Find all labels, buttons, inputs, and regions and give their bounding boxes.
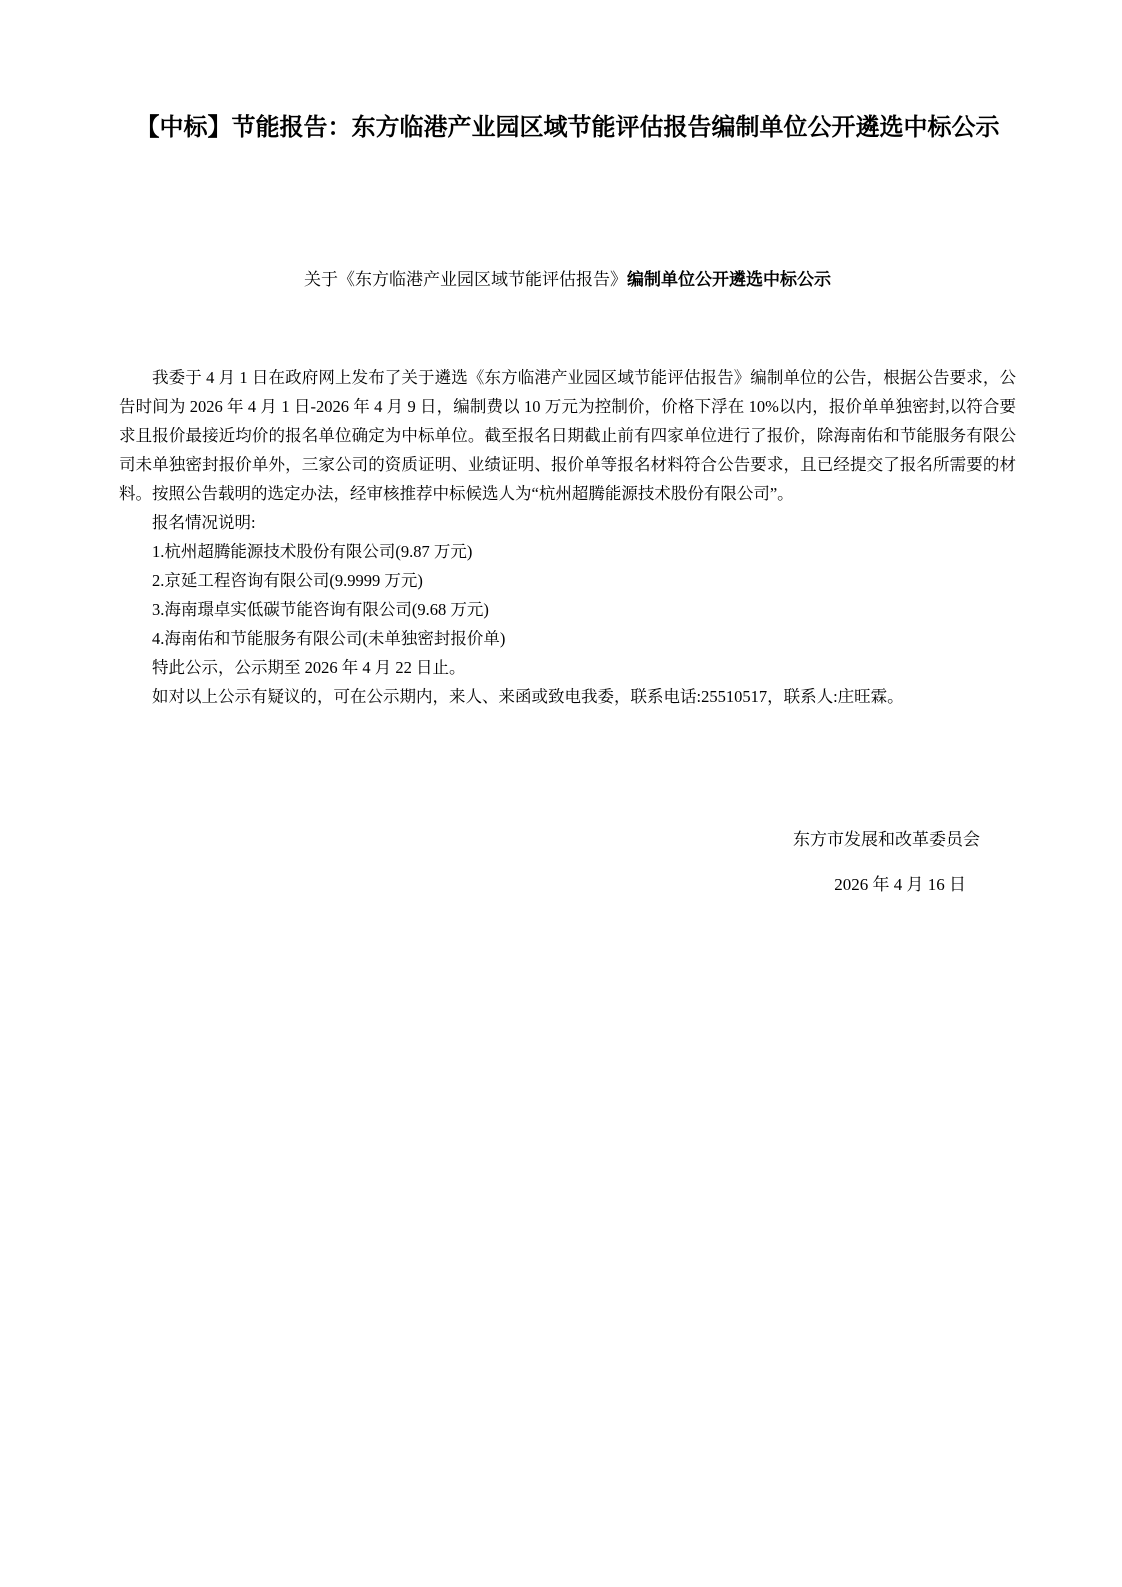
publicity-period-line: 特此公示，公示期至 2026 年 4 月 22 日止。 [119,653,1016,682]
registration-note-heading: 报名情况说明: [119,508,1016,537]
subtitle-prefix: 关于《东方临港产业园区域节能评估报告》 [304,270,627,289]
document-page: 【中标】节能报告：东方临港产业园区域节能评估报告编制单位公开遴选中标公示 关于《… [0,0,1122,1587]
document-body: 我委于 4 月 1 日在政府网上发布了关于遴选《东方临港产业园区域节能评估报告》… [119,363,1016,711]
document-subtitle: 关于《东方临港产业园区域节能评估报告》编制单位公开遴选中标公示 [119,268,1016,292]
bidder-item-4: 4.海南佑和节能服务有限公司(未单独密封报价单) [119,624,1016,653]
contact-line: 如对以上公示有疑议的，可在公示期内，来人、来函或致电我委，联系电话:255105… [119,682,1016,711]
announcement-paragraph: 我委于 4 月 1 日在政府网上发布了关于遴选《东方临港产业园区域节能评估报告》… [119,363,1016,508]
bidder-item-1: 1.杭州超腾能源技术股份有限公司(9.87 万元) [119,537,1016,566]
signature-date: 2026 年 4 月 16 日 [834,873,966,897]
page-title: 【中标】节能报告：东方临港产业园区域节能评估报告编制单位公开遴选中标公示 [119,112,1016,144]
subtitle-emphasis: 编制单位公开遴选中标公示 [627,270,831,289]
bidder-item-3: 3.海南璟卓实低碳节能咨询有限公司(9.68 万元) [119,595,1016,624]
bidder-item-2: 2.京延工程咨询有限公司(9.9999 万元) [119,566,1016,595]
signature-organization: 东方市发展和改革委员会 [793,828,980,852]
